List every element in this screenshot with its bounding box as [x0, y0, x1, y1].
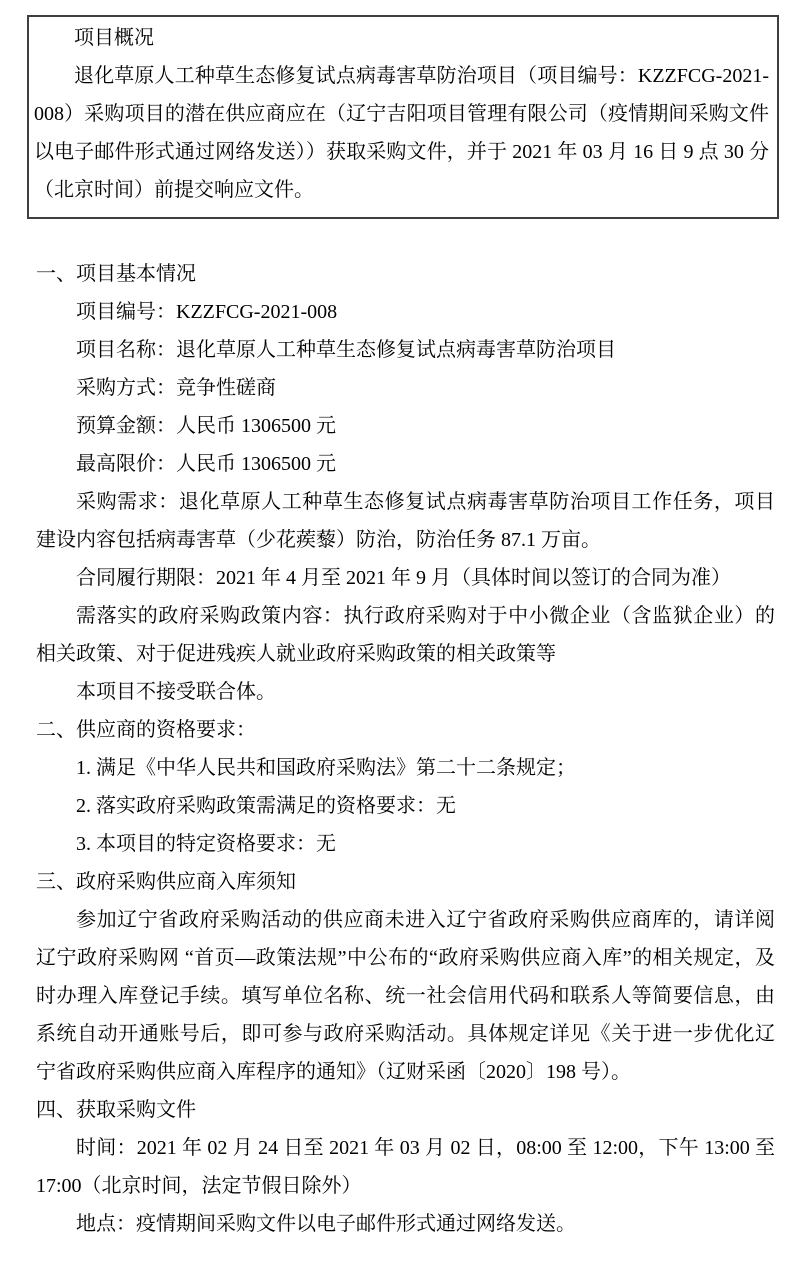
overview-title: 项目概况	[34, 19, 769, 57]
policy-requirements: 需落实的政府采购政策内容：执行政府采购对于中小微企业（含监狱企业）的相关政策、对…	[36, 597, 775, 673]
max-price-limit: 最高限价：人民币 1306500 元	[36, 445, 775, 483]
overview-body: 退化草原人工种草生态修复试点病毒害草防治项目（项目编号：KZZFCG-2021-…	[34, 57, 769, 209]
section-heading-2: 二、供应商的资格要求：	[36, 711, 775, 749]
qualification-item-1: 1. 满足《中华人民共和国政府采购法》第二十二条规定；	[36, 749, 775, 787]
qualification-item-3: 3. 本项目的特定资格要求：无	[36, 825, 775, 863]
no-consortium-note: 本项目不接受联合体。	[36, 673, 775, 711]
document-page: 项目概况 退化草原人工种草生态修复试点病毒害草防治项目（项目编号：KZZFCG-…	[0, 15, 800, 1268]
project-overview-box: 项目概况 退化草原人工种草生态修复试点病毒害草防治项目（项目编号：KZZFCG-…	[27, 15, 779, 219]
section-heading-4: 四、获取采购文件	[36, 1091, 775, 1129]
document-acquisition-place: 地点：疫情期间采购文件以电子邮件形式通过网络发送。	[36, 1205, 775, 1243]
document-acquisition-time: 时间：2021 年 02 月 24 日至 2021 年 03 月 02 日，08…	[36, 1129, 775, 1205]
supplier-registration-notice: 参加辽宁省政府采购活动的供应商未进入辽宁省政府采购供应商库的，请详阅辽宁政府采购…	[36, 901, 775, 1091]
procurement-demand: 采购需求：退化草原人工种草生态修复试点病毒害草防治项目工作任务，项目建设内容包括…	[36, 483, 775, 559]
contract-period: 合同履行期限：2021 年 4 月至 2021 年 9 月（具体时间以签订的合同…	[36, 559, 775, 597]
document-body: 一、项目基本情况 项目编号：KZZFCG-2021-008 项目名称：退化草原人…	[36, 255, 775, 1243]
section-heading-3: 三、政府采购供应商入库须知	[36, 863, 775, 901]
qualification-item-2: 2. 落实政府采购政策需满足的资格要求：无	[36, 787, 775, 825]
project-number: 项目编号：KZZFCG-2021-008	[36, 293, 775, 331]
project-name: 项目名称：退化草原人工种草生态修复试点病毒害草防治项目	[36, 331, 775, 369]
procurement-method: 采购方式：竞争性磋商	[36, 369, 775, 407]
budget-amount: 预算金额：人民币 1306500 元	[36, 407, 775, 445]
section-heading-1: 一、项目基本情况	[36, 255, 775, 293]
